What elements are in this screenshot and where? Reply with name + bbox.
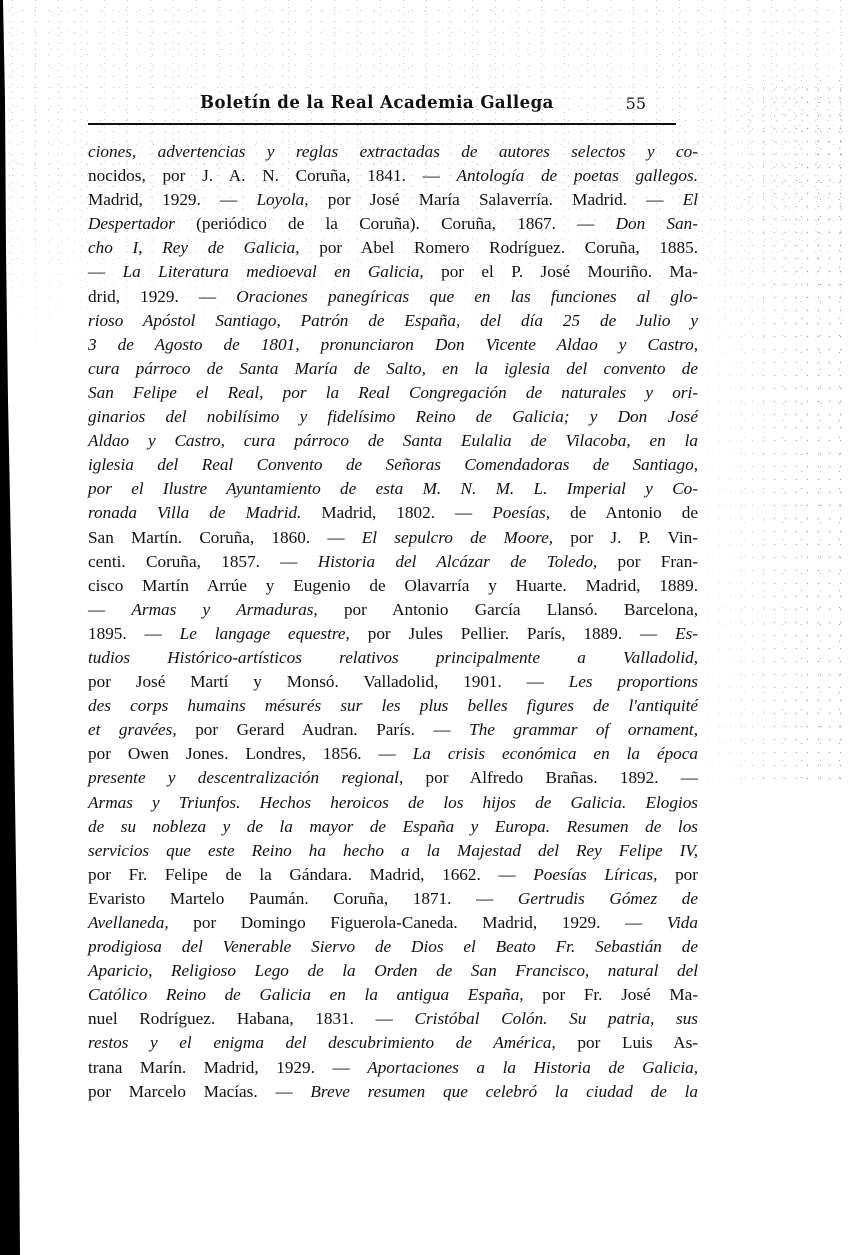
italic-title-segment: restos y el enigma del descubrimiento de… [88,1033,556,1052]
italic-title-segment: Poesías Líricas, [533,865,657,884]
italic-title-segment: Católico Reino de Galicia en la antigua … [88,985,524,1004]
text-line: rioso Apóstol Santiago, Patrón de España… [88,309,698,333]
text-line: — La Literatura medioeval en Galicia, po… [88,260,698,284]
text-segment: por Abel Romero Rodríguez. Coruña, 1885. [300,238,698,257]
text-line: drid, 1929. — Oraciones panegíricas que … [88,285,698,309]
text-line: Católico Reino de Galicia en la antigua … [88,983,698,1007]
text-segment: (periódico de la Coruña). Coruña, 1867. … [175,214,616,233]
italic-title-segment: Avellaneda, [88,913,169,932]
text-line: San Martín. Coruña, 1860. — El sepulcro … [88,526,698,550]
text-line: por José Martí y Monsó. Valladolid, 1901… [88,670,698,694]
italic-title-segment: San Felipe el Real, por la Real Congrega… [88,383,698,402]
italic-title-segment: La crisis económica en la época [413,744,698,763]
italic-title-segment: rioso Apóstol Santiago, Patrón de España… [88,311,698,330]
text-line: et gravées, por Gerard Audran. París. — … [88,718,698,742]
italic-title-segment: Despertador [88,214,175,233]
italic-title-segment: Es- [675,624,698,643]
text-line: servicios que este Reino ha hecho a la M… [88,839,698,863]
text-line: cisco Martín Arrúe y Eugenio de Olavarrí… [88,574,698,598]
text-segment: cisco Martín Arrúe y Eugenio de Olavarrí… [88,576,698,595]
text-segment: por Luis As- [556,1033,698,1052]
italic-title-segment: ginarios del nobilísimo y fidelísimo Rei… [88,407,698,426]
text-segment: Madrid, 1929. — [88,190,256,209]
text-line: nuel Rodríguez. Habana, 1831. — Cristóba… [88,1007,698,1031]
text-segment: Madrid, 1802. — [301,503,492,522]
italic-title-segment: Cristóbal Colón. Su patria, sus [415,1009,698,1028]
text-segment: por Fr. José Ma- [524,985,698,1004]
text-segment: de Antonio de [550,503,698,522]
text-segment: centi. Coruña, 1857. — [88,552,318,571]
italic-title-segment: Armas y Triunfos. Hechos heroicos de los… [88,793,698,812]
text-segment: por Marcelo Macías. — [88,1082,310,1101]
text-line: tudios Histórico-artísticos relativos pr… [88,646,698,670]
body-text: ciones, advertencias y reglas extractada… [88,140,698,1104]
text-line: 1895. — Le langage equestre, por Jules P… [88,622,698,646]
scan-noise-right [690,80,850,780]
italic-title-segment: Loyola, [256,190,308,209]
text-line: por Marcelo Macías. — Breve resumen que … [88,1080,698,1104]
text-line: Madrid, 1929. — Loyola, por José María S… [88,188,698,212]
text-segment: por J. P. Vin- [553,528,698,547]
italic-title-segment: Aportaciones a la Historia de Galicia, [367,1058,698,1077]
italic-title-segment: Aparicio, Religioso Lego de la Orden de … [88,961,698,980]
text-segment: por Owen Jones. Londres, 1856. — [88,744,413,763]
text-segment: por Antonio García Llansó. Barcelona, [318,600,698,619]
italic-title-segment: The grammar of ornament, [469,720,698,739]
text-line: — Armas y Armaduras, por Antonio García … [88,598,698,622]
text-line: prodigiosa del Venerable Siervo de Dios … [88,935,698,959]
text-segment: por José Martí y Monsó. Valladolid, 1901… [88,672,569,691]
text-line: presente y descentralización regional, p… [88,766,698,790]
text-segment: por Domingo Figuerola-Caneda. Madrid, 19… [169,913,667,932]
text-line: Armas y Triunfos. Hechos heroicos de los… [88,791,698,815]
italic-title-segment: Oraciones panegíricas que en las funcion… [236,287,698,306]
italic-title-segment: et gravées, [88,720,177,739]
text-line: nocidos, por J. A. N. Coruña, 1841. — An… [88,164,698,188]
text-segment: por Fr. Felipe de la Gándara. Madrid, 16… [88,865,533,884]
text-segment: 1895. — [88,624,180,643]
italic-title-segment: cura párroco de Santa María de Salto, en… [88,359,698,378]
text-segment: nuel Rodríguez. Habana, 1831. — [88,1009,415,1028]
italic-title-segment: iglesia del Real Convento de Señoras Com… [88,455,698,474]
text-segment: San Martín. Coruña, 1860. — [88,528,362,547]
italic-title-segment: presente y descentralización regional, [88,768,403,787]
running-title: Boletín de la Real Academia Gallega [200,92,554,113]
italic-title-segment: Le langage equestre, [180,624,350,643]
text-line: centi. Coruña, 1857. — Historia del Alcá… [88,550,698,574]
italic-title-segment: 3 de Agosto de 1801, pronunciaron Don Vi… [88,335,698,354]
italic-title-segment: Breve resumen que celebró la ciudad de l… [310,1082,698,1101]
italic-title-segment: ronada Villa de Madrid. [88,503,301,522]
text-segment: por el P. José Mouriño. Ma- [424,262,698,281]
text-line: ronada Villa de Madrid. Madrid, 1802. — … [88,501,698,525]
page-number: 55 [626,94,646,113]
text-line: cura párroco de Santa María de Salto, en… [88,357,698,381]
text-line: trana Marín. Madrid, 1929. — Aportacione… [88,1056,698,1080]
italic-title-segment: tudios Histórico-artísticos relativos pr… [88,648,698,667]
text-line: Aparicio, Religioso Lego de la Orden de … [88,959,698,983]
text-segment: — [88,600,131,619]
scan-edge-shadow [0,0,24,1255]
italic-title-segment: La Literatura medioeval en Galicia, [123,262,424,281]
italic-title-segment: de su nobleza y de la mayor de España y … [88,817,698,836]
text-line: ciones, advertencias y reglas extractada… [88,140,698,164]
text-line: Despertador (periódico de la Coruña). Co… [88,212,698,236]
text-segment: por José María Salaverría. Madrid. — [309,190,683,209]
page-header: Boletín de la Real Academia Gallega 55 [88,88,676,124]
text-segment: por Fran- [597,552,698,571]
text-line: 3 de Agosto de 1801, pronunciaron Don Vi… [88,333,698,357]
text-line: iglesia del Real Convento de Señoras Com… [88,453,698,477]
italic-title-segment: Aldao y Castro, cura párroco de Santa Eu… [88,431,698,450]
text-segment: drid, 1929. — [88,287,236,306]
text-segment: por Gerard Audran. París. — [177,720,469,739]
italic-title-segment: des corps humains mésurés sur les plus b… [88,696,698,715]
text-segment: — [88,262,123,281]
italic-title-segment: por el Ilustre Ayuntamiento de esta M. N… [88,479,698,498]
text-segment: por [657,865,698,884]
italic-title-segment: cho I, Rey de Galicia, [88,238,300,257]
italic-title-segment: servicios que este Reino ha hecho a la M… [88,841,698,860]
text-line: cho I, Rey de Galicia, por Abel Romero R… [88,236,698,260]
italic-title-segment: Antología de poetas gallegos. [456,166,698,185]
text-line: por Owen Jones. Londres, 1856. — La cris… [88,742,698,766]
italic-title-segment: Historia del Alcázar de Toledo, [318,552,597,571]
italic-title-segment: Poesías, [492,503,550,522]
text-segment: por Jules Pellier. París, 1889. — [350,624,675,643]
text-segment: trana Marín. Madrid, 1929. — [88,1058,367,1077]
text-line: de su nobleza y de la mayor de España y … [88,815,698,839]
italic-title-segment: Don San- [616,214,698,233]
text-line: des corps humains mésurés sur les plus b… [88,694,698,718]
header-rule [88,123,676,125]
italic-title-segment: ciones, advertencias y reglas extractada… [88,142,698,161]
text-line: ginarios del nobilísimo y fidelísimo Rei… [88,405,698,429]
text-line: San Felipe el Real, por la Real Congrega… [88,381,698,405]
text-segment: por Alfredo Brañas. 1892. — [403,768,698,787]
italic-title-segment: El [683,190,698,209]
italic-title-segment: Vida [667,913,698,932]
text-segment: Evaristo Martelo Paumán. Coruña, 1871. — [88,889,518,908]
italic-title-segment: Gertrudis Gómez de [518,889,698,908]
text-line: Avellaneda, por Domingo Figuerola-Caneda… [88,911,698,935]
text-segment: nocidos, por J. A. N. Coruña, 1841. — [88,166,456,185]
italic-title-segment: prodigiosa del Venerable Siervo de Dios … [88,937,698,956]
text-line: por Fr. Felipe de la Gándara. Madrid, 16… [88,863,698,887]
italic-title-segment: Armas y Armaduras, [131,600,317,619]
italic-title-segment: Les proportions [569,672,698,691]
text-line: restos y el enigma del descubrimiento de… [88,1031,698,1055]
italic-title-segment: El sepulcro de Moore, [362,528,553,547]
text-line: Evaristo Martelo Paumán. Coruña, 1871. —… [88,887,698,911]
text-line: Aldao y Castro, cura párroco de Santa Eu… [88,429,698,453]
text-line: por el Ilustre Ayuntamiento de esta M. N… [88,477,698,501]
